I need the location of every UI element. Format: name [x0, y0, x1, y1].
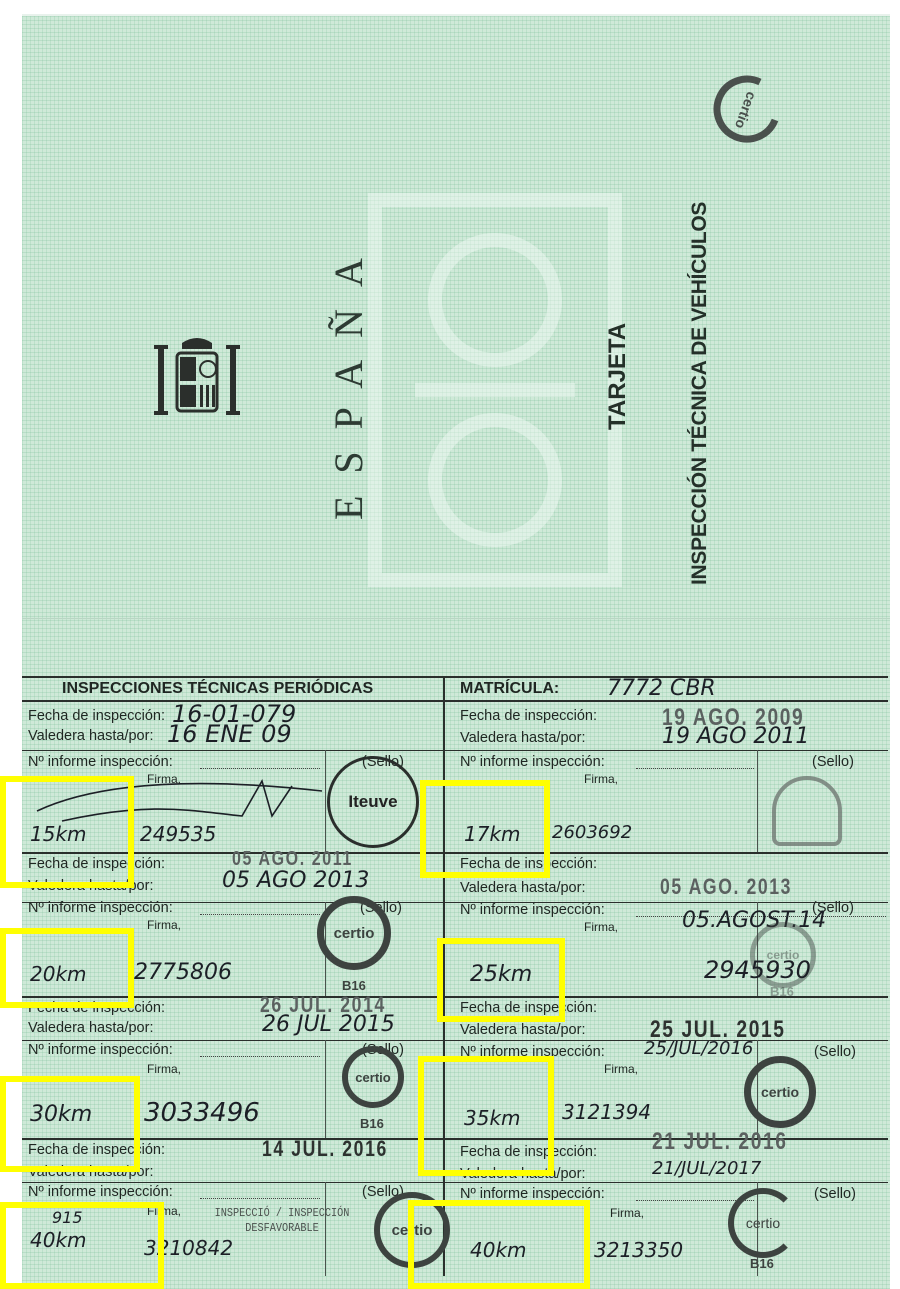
valedera-value: 25/JUL/2016 — [644, 1038, 753, 1059]
firma-label: Firma, — [147, 918, 181, 932]
valedera-value: 26 JUL 2015 — [262, 1012, 395, 1037]
informe-label: Nº informe inspección: — [460, 754, 605, 770]
firma-label: Firma, — [604, 1062, 638, 1076]
fecha-label: Fecha de inspección: — [460, 708, 597, 724]
matricula-value: 7772 CBR — [607, 676, 716, 701]
valedera-value: 21/JUL/2017 — [652, 1158, 761, 1179]
firma-label: Firma, — [584, 920, 618, 934]
informe-value: 2775806 — [134, 960, 232, 985]
stamp-code: B16 — [342, 978, 366, 993]
desfavorable-line2: DESFAVORABLE — [214, 1221, 350, 1236]
sub-divider — [22, 750, 443, 751]
highlight-box-km-35 — [418, 1056, 554, 1176]
stamp-code: B16 — [360, 1116, 384, 1131]
highlight-box-km-15 — [0, 776, 134, 888]
informe-label: Nº informe inspección: — [460, 902, 605, 918]
sello-label: (Sello) — [814, 1186, 856, 1202]
matricula-label: MATRÍCULA: — [460, 680, 559, 698]
dotted-line — [636, 768, 754, 769]
informe-label: Nº informe inspección: — [28, 1042, 173, 1058]
cover-country-title: ESPAÑA — [325, 236, 372, 520]
seal-divider — [325, 1040, 326, 1138]
dotted-line — [200, 1056, 320, 1057]
itv-station-seal-icon — [772, 776, 842, 846]
seal-divider — [757, 750, 758, 852]
valedera-label: Valedera hasta/por: — [28, 1020, 153, 1036]
firma-label: Firma, — [610, 1206, 644, 1220]
spain-coat-of-arms-icon — [152, 335, 242, 425]
valedera-label: Valedera hasta/por: — [460, 880, 585, 896]
grid-header-divider — [22, 700, 888, 702]
cover-card-word: TARJETA — [604, 323, 632, 430]
highlight-box-km-20 — [0, 928, 134, 1008]
fecha-stamp: 21 JUL. 2016 — [652, 1128, 788, 1156]
desfavorable-stamp: INSPECCIÓ / INSPECCIÓN DESFAVORABLE — [214, 1206, 350, 1236]
highlight-box-km-30 — [0, 1076, 140, 1172]
valedera-value: 16 ENE 09 — [167, 720, 292, 748]
informe-value: 3213350 — [594, 1238, 683, 1262]
valedera-label: Valedera hasta/por: — [460, 730, 585, 746]
grid-border-top — [22, 676, 888, 678]
certio-stamp-icon: certio — [317, 896, 391, 970]
dotted-line — [200, 1198, 320, 1199]
left-panel-header: INSPECCIONES TÉCNICAS PERIÓDICAS — [62, 680, 373, 698]
firma-label: Firma, — [584, 772, 618, 786]
highlight-box-km-17 — [420, 780, 550, 878]
fecha-stamp: 14 JUL. 2016 — [262, 1136, 388, 1162]
firma-label: Firma, — [147, 1062, 181, 1076]
sub-divider — [443, 750, 888, 751]
highlight-box-km-40-right — [408, 1200, 590, 1289]
informe-value: 2603692 — [552, 822, 632, 843]
dotted-line — [200, 914, 320, 915]
informe-value: 2945930 — [704, 956, 811, 984]
sub-divider — [22, 1182, 443, 1183]
stamp-code: B16 — [770, 984, 794, 999]
certio-stamp-icon: certio — [728, 1188, 798, 1258]
sub-divider — [443, 1182, 888, 1183]
valedera-value: 05 AGO 2013 — [222, 868, 369, 893]
valedera-label: Valedera hasta/por: — [28, 728, 153, 744]
valedera-value: 19 AGO 2011 — [662, 724, 809, 749]
fecha-stamp: 05 AGO. 2013 — [660, 874, 792, 900]
dotted-line — [200, 768, 320, 769]
sello-label: (Sello) — [814, 1044, 856, 1060]
informe-label: Nº informe inspección: — [28, 900, 173, 916]
certio-stamp-icon: certio — [342, 1046, 404, 1108]
stamp-code: B16 — [750, 1256, 774, 1271]
informe-label: Nº informe inspección: — [28, 1184, 173, 1200]
valedera-label: Valedera hasta/por: — [460, 1022, 585, 1038]
certio-stamp-icon: certio — [744, 1056, 816, 1128]
highlight-box-km-40-left — [0, 1202, 164, 1289]
informe-label: Nº informe inspección: — [28, 754, 173, 770]
cover-card-title: INSPECCIÓN TÉCNICA DE VEHÍCULOS — [688, 202, 712, 585]
fecha-label: Fecha de inspección: — [28, 708, 165, 724]
sub-divider — [22, 1040, 443, 1041]
informe-value: 3121394 — [562, 1100, 651, 1124]
highlight-box-km-25 — [437, 938, 565, 1022]
desfavorable-line1: INSPECCIÓ / INSPECCIÓN — [214, 1206, 350, 1221]
iteuve-stamp-icon: Iteuve — [327, 756, 419, 848]
certio-stamp-icon: certio — [705, 70, 785, 150]
informe-value: 3033496 — [144, 1098, 260, 1128]
sello-label: (Sello) — [812, 754, 854, 770]
svg-text:certio: certio — [732, 90, 760, 131]
